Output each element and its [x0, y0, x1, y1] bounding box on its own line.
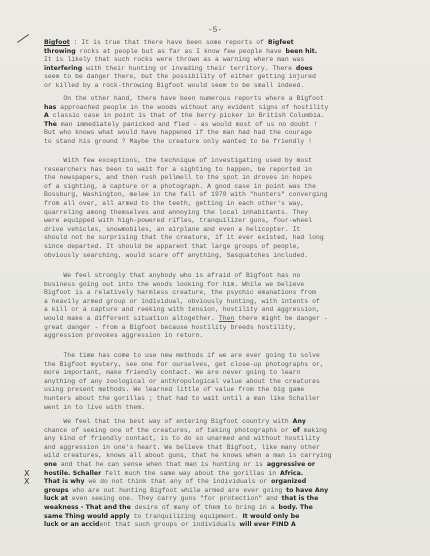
handwritten-text: of: [293, 427, 300, 434]
text-line: The time has come to use new methods if …: [44, 352, 430, 361]
handwritten-text: that is the: [282, 495, 319, 502]
typed-text: there might be danger -: [234, 315, 327, 322]
text-line: hostile. Schaller felt much the same way…: [44, 470, 430, 479]
text-line: obviously searching, would scare off any…: [44, 252, 430, 261]
typed-text: with their hunting or invading their ter…: [82, 65, 296, 72]
typed-text: we do not think that any of the individu…: [85, 478, 271, 485]
text-line: business going out into the woods lookin…: [44, 281, 430, 290]
text-line: one and that he can sense when that man …: [44, 461, 430, 470]
typed-text: seem to be danger there, but the possibi…: [44, 73, 316, 80]
handwritten-text: to have Any: [286, 487, 328, 494]
handwritten-text: Bigfeet: [268, 39, 294, 46]
typed-text: With few exceptions, the technique of in…: [44, 157, 312, 164]
typed-text: were equipped with high-powered rifles, …: [44, 217, 312, 224]
text-line: It is likely that such rocks were thrown…: [44, 56, 430, 65]
text-line: interfering with their hunting or invadi…: [44, 65, 430, 74]
typed-text: would make a different situation altoget…: [44, 315, 219, 322]
typed-text: rocks at people but as far as I know few…: [76, 48, 286, 55]
typed-text: man immediately panicked and fled - as w…: [57, 121, 317, 128]
text-line: a heavily armed group or individual, obv…: [44, 298, 430, 307]
cross-mark-icon: X: [24, 478, 29, 486]
typed-text: approached people in the woods without a…: [56, 104, 328, 111]
typed-text: : It is true that there have been some r…: [70, 39, 268, 46]
text-line: or killed by a rock-throwing Bigfoot wou…: [44, 82, 430, 91]
typed-text: obviously searching, would scare off any…: [44, 252, 308, 259]
handwritten-text: The: [44, 121, 57, 128]
text-line: A classic case in point is that of the b…: [44, 112, 430, 121]
typed-text: classic case in point is that of the ber…: [49, 112, 325, 119]
text-line: wild creatures, knows all about guns, th…: [44, 452, 430, 461]
handwritten-text: aggressive or: [267, 461, 315, 468]
text-line: aggression provokes aggression in return…: [44, 332, 430, 341]
text-line: were equipped with high-powered rifles, …: [44, 217, 430, 226]
typed-text: Bigfoot is a relatively harmless creatur…: [44, 289, 316, 296]
handwritten-text: been hit.: [286, 48, 318, 55]
handwritten-text: interfering: [44, 65, 82, 72]
text-line: On the other hand, there have been numer…: [44, 95, 430, 104]
typed-text: using present methods. We learned little…: [44, 386, 304, 393]
typed-text: But who knows what would have happened i…: [44, 129, 312, 136]
check-mark-icon: [17, 34, 29, 43]
text-line: the newspapers, and then rush pellmell t…: [44, 174, 430, 183]
typed-text: We feel strongly that anybody who is afr…: [44, 272, 300, 279]
text-line: throwing rocks at people but as far as I…: [44, 48, 430, 57]
text-line: went in to live with them.: [44, 404, 430, 413]
handwritten-text: has: [44, 104, 56, 111]
text-line: drive vehicles, snowmobiles, an airplane…: [44, 226, 430, 235]
text-line: the Bigfoot mystery, see one for ourselv…: [44, 361, 430, 370]
paragraph-berry-picker: On the other hand, there have been numer…: [44, 95, 430, 147]
handwritten-text: same Thing would apply: [44, 513, 130, 520]
text-line: researchers has been to wait for a sight…: [44, 166, 430, 175]
typed-text: and that he can sense when that man is h…: [57, 461, 267, 468]
text-line: But who knows what would have happened i…: [44, 129, 430, 138]
text-line: has approached people in the woods witho…: [44, 104, 430, 113]
text-line: weakness - That and the desire of many o…: [44, 504, 430, 513]
typed-text: from all over, all armed to the teeth, g…: [44, 200, 304, 207]
handwritten-text: throwing: [44, 48, 76, 55]
handwritten-text: body. The: [278, 504, 312, 511]
typed-text: a heavily armed group or individual, obv…: [44, 298, 320, 305]
text-line: great danger - from a Bigfoot because ho…: [44, 324, 430, 333]
handwritten-text: does: [296, 65, 313, 72]
paragraph-investigation-technique: With few exceptions, the technique of in…: [44, 157, 430, 260]
typed-text: aggression provokes aggression in return…: [44, 332, 203, 339]
typed-text: more important, make friendly contact. W…: [44, 369, 300, 376]
typed-text: the newspapers, and then rush pellmell t…: [44, 174, 312, 181]
typed-text: making: [300, 427, 327, 434]
paragraph-best-way: We feel that the best way of entering Bi…: [44, 418, 430, 530]
text-line: any kind of friendly contact, is to do s…: [44, 435, 430, 444]
typed-text: On the other hand, there have been numer…: [44, 95, 324, 102]
text-line: groups who are out hunting Bigfoot while…: [44, 487, 430, 496]
typed-text: drive vehicles, snowmobiles, an airplane…: [44, 226, 300, 233]
text-line: should not be surprising that the creatu…: [44, 234, 430, 243]
text-line: using present methods. We learned little…: [44, 386, 430, 395]
typed-text: wild creatures, knows all about guns, th…: [44, 452, 332, 459]
text-line: since departed. It should be apparent th…: [44, 243, 430, 252]
text-line: With few exceptions, the technique of in…: [44, 157, 430, 166]
typed-text: We feel that the best way of entering Bi…: [44, 418, 293, 425]
text-line: Bigfoot is a relatively harmless creatur…: [44, 289, 430, 298]
text-line: seem to be danger there, but the possibi…: [44, 73, 430, 82]
handwritten-text: groups: [44, 487, 69, 494]
text-line: from all over, all armed to the teeth, g…: [44, 200, 430, 209]
typed-text: of a sighting, a capture or a photograph…: [44, 183, 316, 190]
typed-text: went in to live with them.: [44, 404, 145, 411]
text-line: of a sighting, a capture or a photograph…: [44, 183, 430, 192]
typed-text: since departed. It should be apparent th…: [44, 243, 300, 250]
text-line: would make a different situation altoget…: [44, 315, 430, 324]
paragraph-bigfoot-rocks: Bigfoot : It is true that there have bee…: [44, 39, 430, 91]
typed-text: business going out into the woods lookin…: [44, 281, 304, 288]
typed-text: felt much the same way about the gorilla…: [101, 470, 280, 477]
typed-text: The time has come to use new methods if …: [44, 352, 320, 359]
text-line: same Thing would apply to tranquilizing …: [44, 513, 430, 522]
handwritten-text: organized: [271, 478, 306, 485]
typed-text: or killed by a rock-throwing Bigfoot wou…: [44, 82, 304, 89]
typed-text: who are out hunting Bigfoot while armed …: [69, 487, 287, 494]
text-line: more important, make friendly contact. W…: [44, 369, 430, 378]
text-line: We feel strongly that anybody who is afr…: [44, 272, 430, 281]
typed-text: the Bigfoot mystery, see one for ourselv…: [44, 361, 324, 368]
text-line: Bigfoot : It is true that there have bee…: [44, 39, 430, 48]
handwritten-text: It would only be: [242, 513, 299, 520]
typed-text: desire of many of them to bring in a: [131, 504, 279, 511]
text-line: hunters about the gorillas ; that had to…: [44, 395, 430, 404]
typed-text: even seeing one. They carry guns "for pr…: [68, 495, 282, 502]
typed-text: should not be surprising that the creatu…: [44, 234, 324, 241]
page-number: -5-: [0, 26, 430, 35]
typed-text: great danger - from a Bigfoot because ho…: [44, 324, 297, 331]
handwritten-text: weakness - That and the: [44, 504, 131, 511]
text-line: to stand his ground ? Maybe the creature…: [44, 138, 430, 147]
typed-text: to stand his ground ? Maybe the creature…: [44, 138, 312, 145]
typed-text: Then: [219, 315, 235, 322]
paragraph-afraid-of-bigfoot: We feel strongly that anybody who is afr…: [44, 272, 430, 341]
handwritten-text: Any: [293, 418, 306, 425]
text-line: We feel that the best way of entering Bi…: [44, 418, 430, 427]
typed-text: Bossburg, Washington, melee in the fall …: [44, 191, 328, 198]
typed-text: quarreling among themselves and annoying…: [44, 209, 308, 216]
typed-text: researchers has been to wait for a sight…: [44, 166, 312, 173]
text-line: quarreling among themselves and annoying…: [44, 209, 430, 218]
paragraph-new-methods: The time has come to use new methods if …: [44, 352, 430, 412]
text-line: luck or an accident that such groups or …: [44, 521, 430, 530]
typed-text: anything of any zoological or anthropolo…: [44, 378, 320, 385]
handwritten-text: luck at: [44, 495, 68, 502]
typed-text: chance of seeing one of the creatures, o…: [44, 427, 293, 434]
text-line: a kill or a capture and reeking with ten…: [44, 306, 430, 315]
text-line: luck at even seeing one. They carry guns…: [44, 495, 430, 504]
typed-text: hunters about the gorillas ; that had to…: [44, 395, 320, 402]
typed-text: It is likely that such rocks were thrown…: [44, 56, 304, 63]
handwritten-text: will ever FIND A: [239, 521, 295, 528]
handwritten-text: Africa.: [280, 470, 303, 477]
handwritten-text: That is why: [44, 478, 85, 485]
typed-text: ent that such groups or individuals: [100, 521, 240, 528]
typed-text: to tranquilizing equipment.: [130, 513, 243, 520]
text-line: Bossburg, Washington, melee in the fall …: [44, 191, 430, 200]
text-line: and aggression in one's heart. We believ…: [44, 444, 430, 453]
text-line: chance of seeing one of the creatures, o…: [44, 427, 430, 436]
text-line: That is why we do not think that any of …: [44, 478, 430, 487]
handwritten-text: hostile. Schaller: [44, 470, 101, 477]
handwritten-text: one: [44, 461, 57, 468]
text-line: anything of any zoological or anthropolo…: [44, 378, 430, 387]
typed-text: a kill or a capture and reeking with ten…: [44, 306, 320, 313]
document-page: -5- X X Bigfoot : It is true that there …: [0, 0, 430, 556]
handwritten-text: luck or an accid: [44, 521, 100, 528]
typed-text: any kind of friendly contact, is to do s…: [44, 435, 320, 442]
typed-text: and aggression in one's heart. We believ…: [44, 444, 320, 451]
text-line: The man immediately panicked and fled - …: [44, 121, 430, 130]
handwritten-text: Bigfoot: [44, 39, 70, 46]
